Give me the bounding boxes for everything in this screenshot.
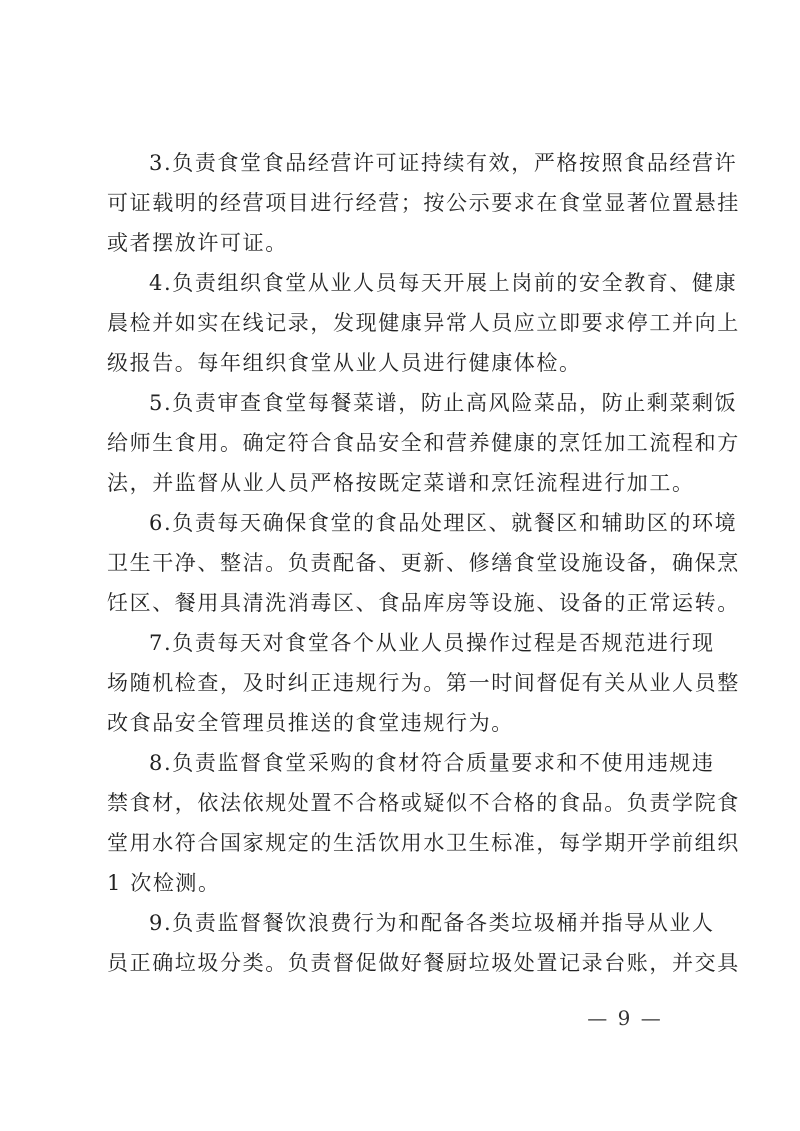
text-line: 级报告。每年组织食堂从业人员进行健康体检。 [107, 343, 701, 383]
text-line: 3.负责食堂食品经营许可证持续有效，严格按照食品经营许 [107, 143, 701, 183]
page-number: — 9 — [575, 1006, 675, 1030]
text-line: 9.负责监督餐饮浪费行为和配备各类垃圾桶并指导从业人 [107, 903, 701, 943]
text-line: 员正确垃圾分类。负责督促做好餐厨垃圾处置记录台账，并交具 [107, 943, 701, 983]
paragraph-item-3: 3.负责食堂食品经营许可证持续有效，严格按照食品经营许 可证载明的经营项目进行经… [107, 143, 701, 263]
text-line: 改食品安全管理员推送的食堂违规行为。 [107, 703, 701, 743]
text-line: 晨检并如实在线记录，发现健康异常人员应立即要求停工并向上 [107, 303, 701, 343]
document-page: 3.负责食堂食品经营许可证持续有效，严格按照食品经营许 可证载明的经营项目进行经… [0, 0, 800, 1131]
text-line: 卫生干净、整洁。负责配备、更新、修缮食堂设施设备，确保烹 [107, 543, 701, 583]
text-line: 饪区、餐用具清洗消毒区、食品库房等设施、设备的正常运转。 [107, 583, 701, 623]
text-line: 1 次检测。 [107, 863, 701, 903]
paragraph-item-9: 9.负责监督餐饮浪费行为和配备各类垃圾桶并指导从业人 员正确垃圾分类。负责督促做… [107, 903, 701, 983]
text-line: 6.负责每天确保食堂的食品处理区、就餐区和辅助区的环境 [107, 503, 701, 543]
text-line: 或者摆放许可证。 [107, 223, 701, 263]
text-line: 7.负责每天对食堂各个从业人员操作过程是否规范进行现 [107, 623, 701, 663]
paragraph-item-7: 7.负责每天对食堂各个从业人员操作过程是否规范进行现 场随机检查，及时纠正违规行… [107, 623, 701, 743]
text-line: 法，并监督从业人员严格按既定菜谱和烹饪流程进行加工。 [107, 463, 701, 503]
text-line: 堂用水符合国家规定的生活饮用水卫生标准，每学期开学前组织 [107, 823, 701, 863]
text-line: 8.负责监督食堂采购的食材符合质量要求和不使用违规违 [107, 743, 701, 783]
document-body: 3.负责食堂食品经营许可证持续有效，严格按照食品经营许 可证载明的经营项目进行经… [107, 143, 701, 983]
paragraph-item-6: 6.负责每天确保食堂的食品处理区、就餐区和辅助区的环境 卫生干净、整洁。负责配备… [107, 503, 701, 623]
paragraph-item-5: 5.负责审查食堂每餐菜谱，防止高风险菜品，防止剩菜剩饭 给师生食用。确定符合食品… [107, 383, 701, 503]
text-line: 给师生食用。确定符合食品安全和营养健康的烹饪加工流程和方 [107, 423, 701, 463]
text-line: 4.负责组织食堂从业人员每天开展上岗前的安全教育、健康 [107, 263, 701, 303]
text-line: 可证载明的经营项目进行经营；按公示要求在食堂显著位置悬挂 [107, 183, 701, 223]
text-line: 场随机检查，及时纠正违规行为。第一时间督促有关从业人员整 [107, 663, 701, 703]
paragraph-item-4: 4.负责组织食堂从业人员每天开展上岗前的安全教育、健康 晨检并如实在线记录，发现… [107, 263, 701, 383]
text-line: 5.负责审查食堂每餐菜谱，防止高风险菜品，防止剩菜剩饭 [107, 383, 701, 423]
text-line: 禁食材，依法依规处置不合格或疑似不合格的食品。负责学院食 [107, 783, 701, 823]
paragraph-item-8: 8.负责监督食堂采购的食材符合质量要求和不使用违规违 禁食材，依法依规处置不合格… [107, 743, 701, 903]
